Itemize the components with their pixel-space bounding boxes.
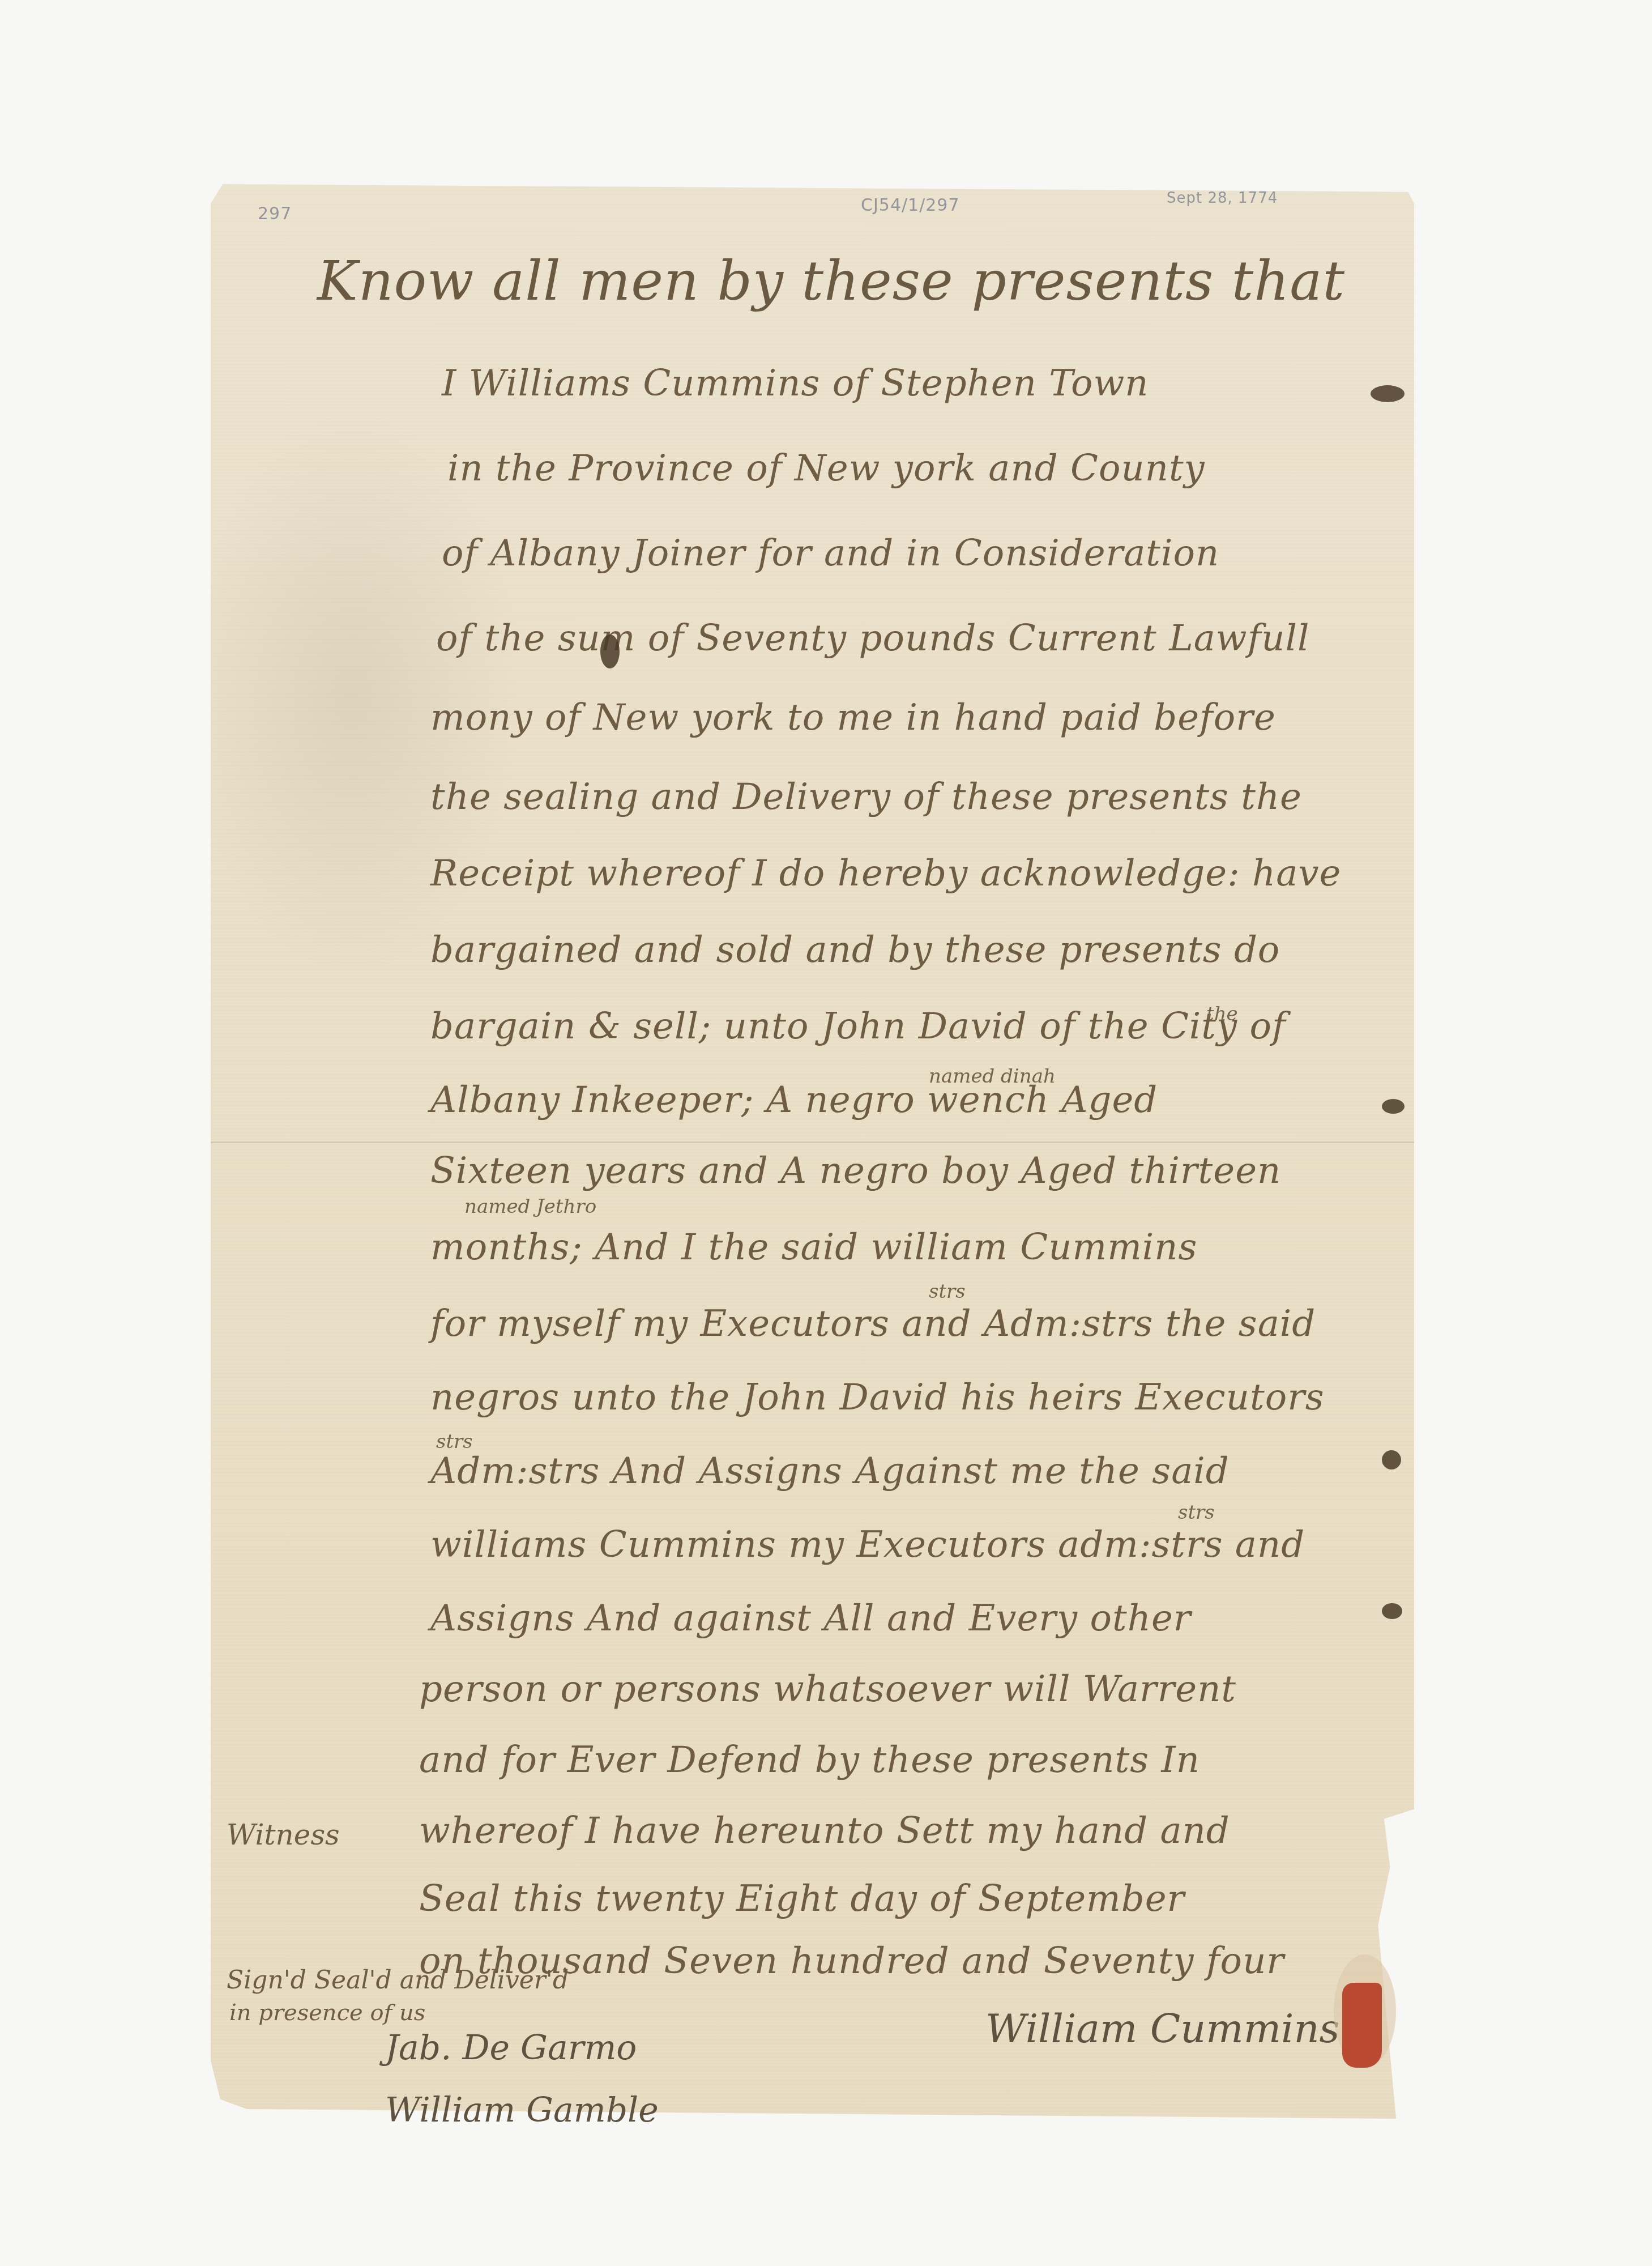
text-line: of Albany Joiner for and in Consideratio… — [442, 533, 1219, 574]
text-line: Assigns And against All and Every other — [430, 1598, 1191, 1639]
text-line: negros unto the John David his heirs Exe… — [430, 1377, 1325, 1419]
witness-signature: Jab. De Garmo — [385, 2028, 637, 2068]
attestation-line: in presence of us — [229, 2000, 425, 2026]
witness-margin-note: Witness — [227, 1818, 340, 1851]
text-line: williams Cummins my Executors adm:strs a… — [430, 1524, 1305, 1566]
interlinear-insertion: the — [1206, 1003, 1238, 1025]
text-line: person or persons whatsoever will Warren… — [419, 1668, 1236, 1710]
page-number-annotation: 297 — [258, 204, 292, 224]
text-line: and for Ever Defend by these presents In — [419, 1739, 1200, 1781]
text-line: bargained and sold and by these presents… — [430, 929, 1280, 971]
text-line: Adm:strs And Assigns Against me the said — [430, 1450, 1230, 1492]
ink-blot — [1382, 1450, 1401, 1470]
document-heading: Know all men by these presents that — [317, 249, 1345, 313]
attestation-line: Sign'd Seal'd and Deliver'd — [227, 1966, 569, 1995]
fold-crease — [211, 1141, 1414, 1143]
text-line: Sixteen years and A negro boy Aged thirt… — [430, 1150, 1281, 1192]
interlinear-insertion: named dinah — [929, 1065, 1056, 1088]
interlinear-insertion: strs — [1178, 1501, 1215, 1524]
text-line: for myself my Executors and Adm:strs the… — [430, 1303, 1316, 1345]
date-annotation: Sept 28, 1774 — [1167, 190, 1278, 207]
ink-blot — [1382, 1099, 1405, 1114]
text-line: bargain & sell; unto John David of the C… — [430, 1006, 1286, 1047]
text-line: whereof I have hereunto Sett my hand and — [419, 1810, 1230, 1852]
interlinear-insertion: strs — [929, 1280, 966, 1303]
text-line: of the sum of Seventy pounds Current Law… — [436, 617, 1309, 659]
text-line: I Williams Cummins of Stephen Town — [442, 363, 1149, 404]
principal-signature: William Cummins — [985, 2005, 1339, 2052]
ink-blot — [1371, 385, 1405, 402]
text-line: Seal this twenty Eight day of September — [419, 1878, 1185, 1920]
text-line: the sealing and Delivery of these presen… — [430, 776, 1302, 818]
witness-signature: William Gamble — [385, 2090, 659, 2130]
text-line: Receipt whereof I do hereby acknowledge:… — [430, 853, 1341, 895]
ink-blot — [600, 634, 620, 668]
interlinear-insertion: strs — [436, 1430, 473, 1453]
wax-seal — [1342, 1983, 1382, 2068]
interlinear-insertion: named Jethro — [464, 1195, 596, 1218]
ink-blot — [1382, 1603, 1402, 1619]
text-line: months; And I the said william Cummins — [430, 1226, 1197, 1268]
text-line: in the Province of New york and County — [447, 448, 1205, 489]
text-line: mony of New york to me in hand paid befo… — [430, 697, 1276, 739]
catalog-reference-annotation: CJ54/1/297 — [861, 195, 960, 215]
